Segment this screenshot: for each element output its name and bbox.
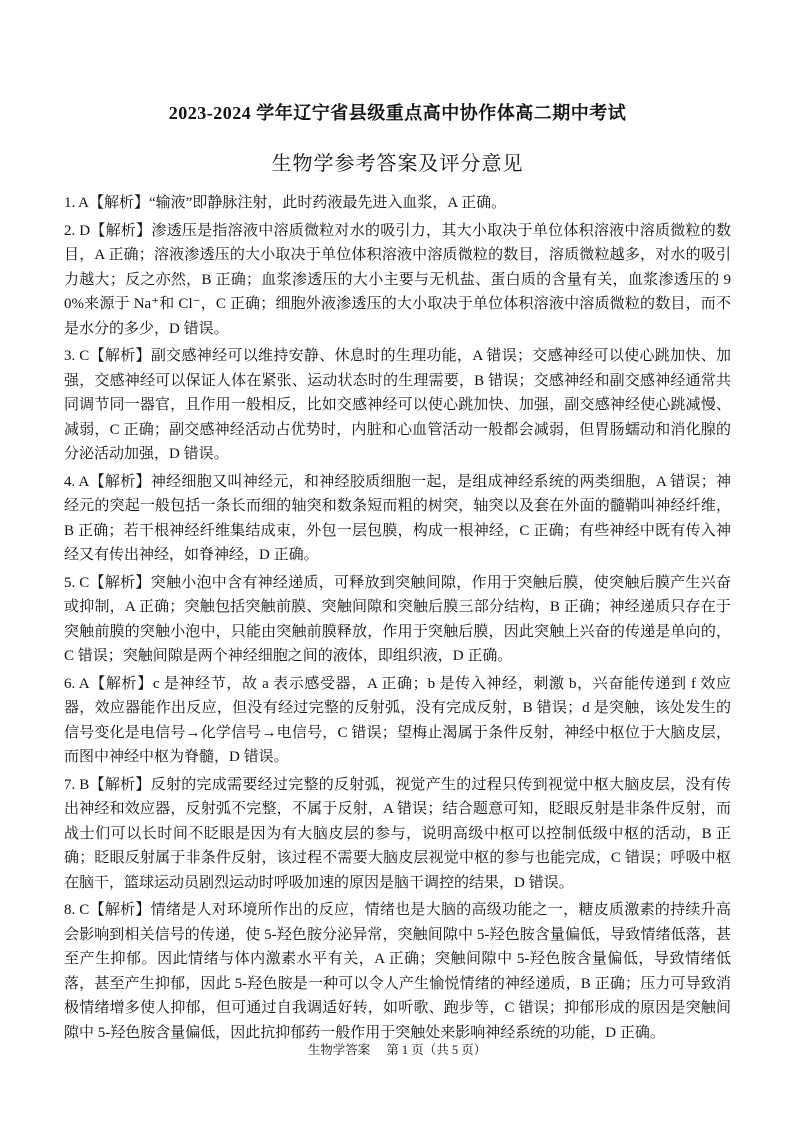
answer-item-1: 1. A【解析】“输液”即静脉注射，此时药液最先进入血浆，A 正确。 <box>64 191 731 216</box>
footer-page-number: 第 1 页（共 5 页） <box>386 1043 486 1057</box>
footer-doc-label: 生物学答案 <box>308 1043 371 1057</box>
answer-item-5: 5. C【解析】突触小泡中含有神经递质，可释放到突触间隙，作用于突触后膜，使突触… <box>64 571 731 669</box>
answer-item-4: 4. A【解析】神经细胞又叫神经元，和神经胶质细胞一起，是组成神经系统的两类细胞… <box>64 470 731 568</box>
answer-item-8: 8. C【解析】情绪是人对环境所作出的反应，情绪也是大脑的高级功能之一，糖皮质激… <box>64 898 731 1045</box>
page-footer: 生物学答案第 1 页（共 5 页） <box>0 1040 794 1058</box>
document-title: 2023-2024 学年辽宁省县级重点高中协作体高二期中考试 <box>64 100 731 126</box>
document-subtitle: 生物学参考答案及评分意见 <box>64 147 731 176</box>
answer-list: 1. A【解析】“输液”即静脉注射，此时药液最先进入血浆，A 正确。 2. D【… <box>64 191 731 1045</box>
answer-item-6: 6. A【解析】c 是神经节，故 a 表示感受器，A 正确；b 是传入神经，刺激… <box>64 672 731 770</box>
answer-item-7: 7. B【解析】反射的完成需要经过完整的反射弧，视觉产生的过程只传到视觉中枢大脑… <box>64 773 731 896</box>
answer-item-2: 2. D【解析】渗透压是指溶液中溶质微粒对水的吸引力，其大小取决于单位体积溶液中… <box>64 219 731 342</box>
answer-item-3: 3. C【解析】副交感神经可以维持安静、休息时的生理功能，A 错误；交感神经可以… <box>64 344 731 467</box>
exam-answer-page: 2023-2024 学年辽宁省县级重点高中协作体高二期中考试 生物学参考答案及评… <box>0 0 794 1123</box>
